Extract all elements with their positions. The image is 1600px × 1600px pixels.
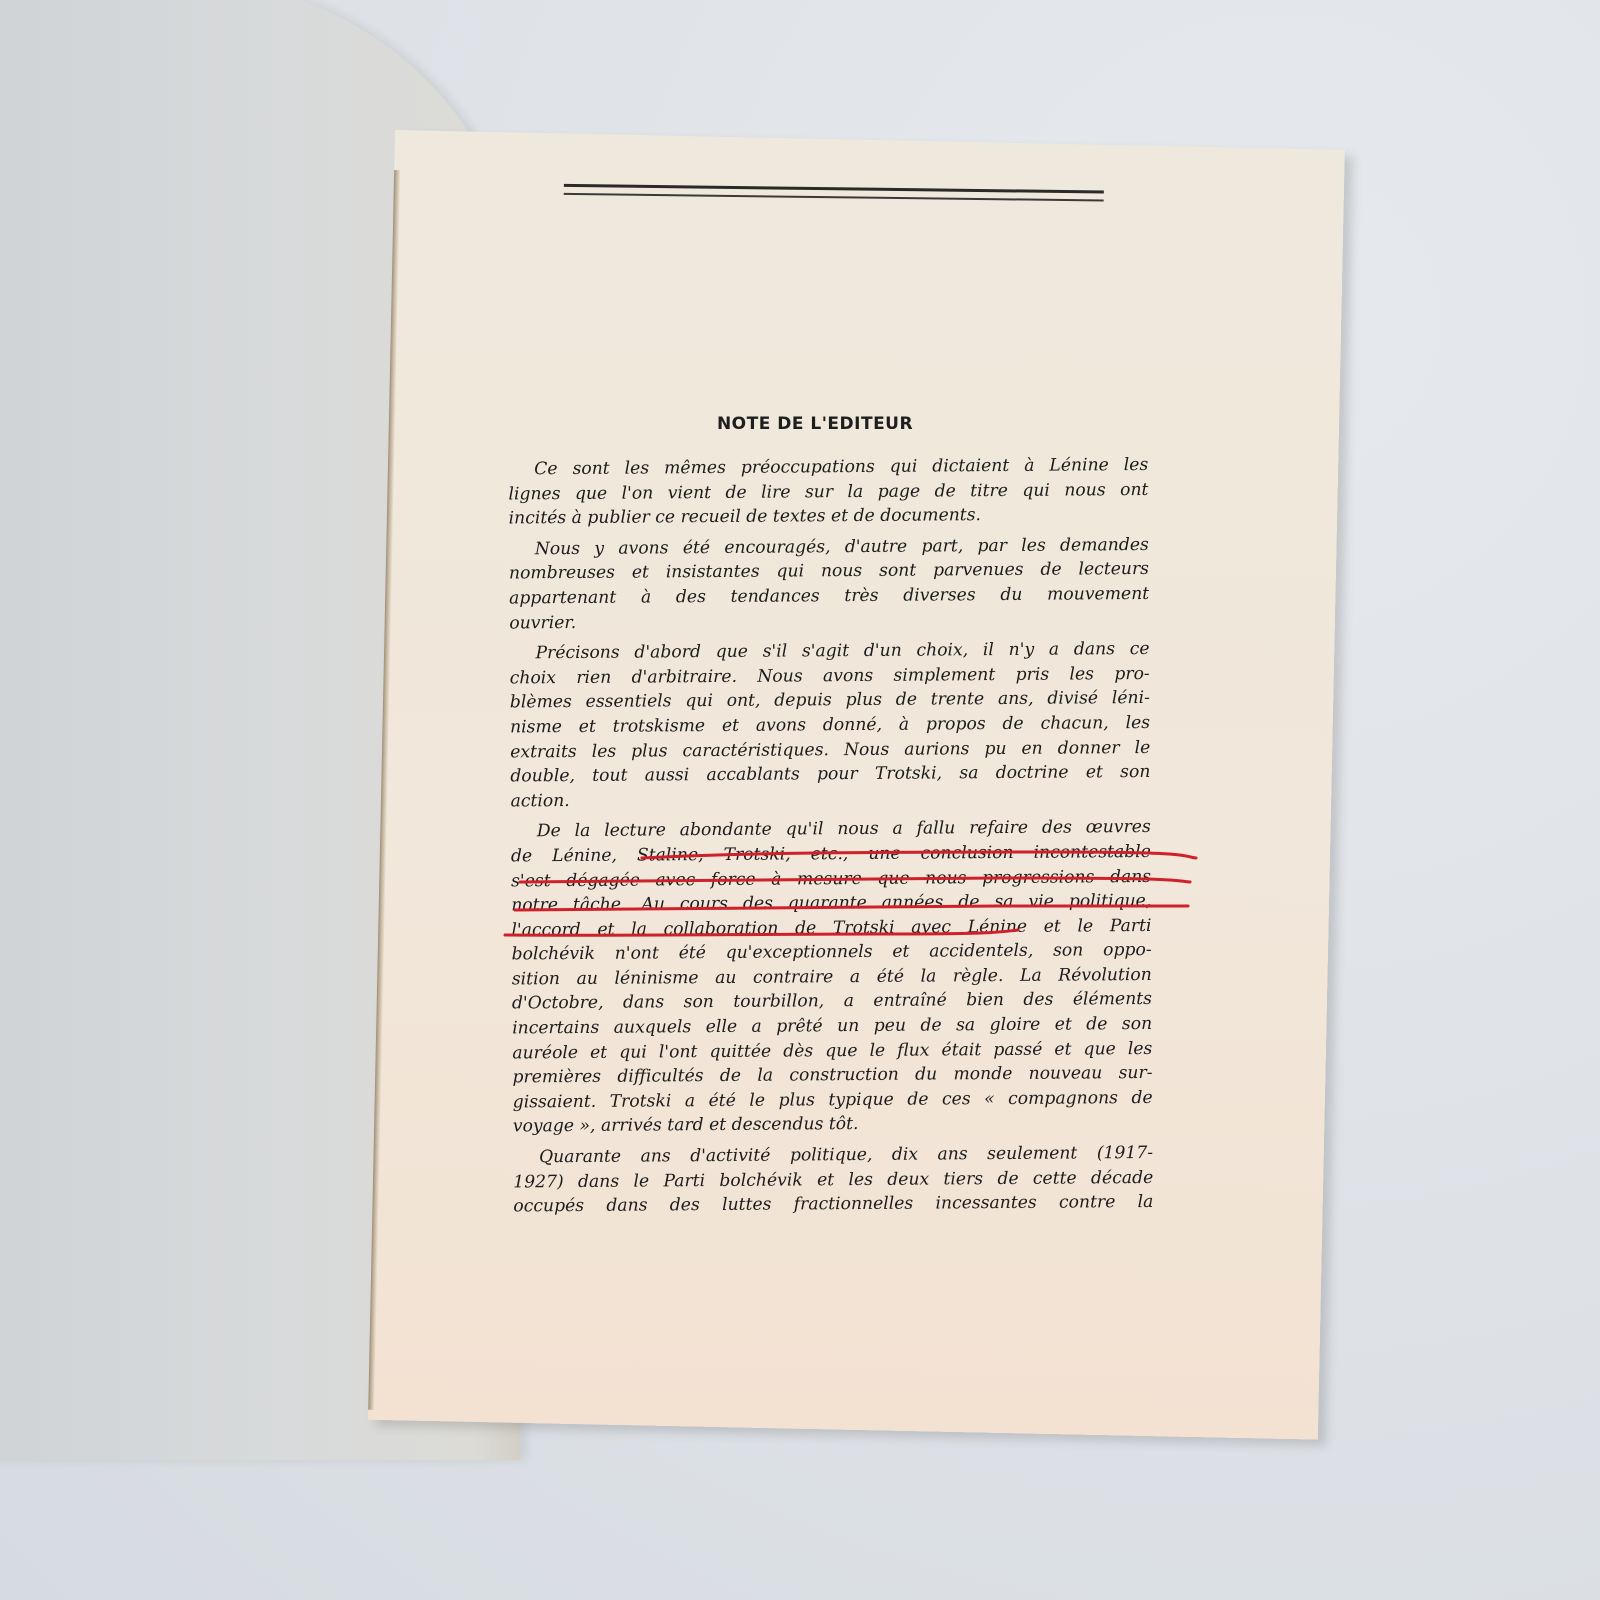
paragraph-1: Ce sont les mêmes préoccupations qui dic… bbox=[508, 453, 1148, 531]
book-page: NOTE DE L'EDITEUR Ce sont les mêmes préo… bbox=[368, 130, 1355, 1450]
paragraph-3: Précisons d'abord que s'il s'agit d'un c… bbox=[509, 637, 1150, 814]
text-line: nisme et trotskisme et avons donné, à pr… bbox=[510, 711, 1150, 740]
text-line: incités à publier ce recueil de textes e… bbox=[509, 502, 1149, 531]
paragraph-2: Nous y avons été encouragés, d'autre par… bbox=[509, 533, 1150, 636]
page-body: Ce sont les mêmes préoccupations qui dic… bbox=[508, 453, 1153, 1225]
text-line: double, tout aussi accablants pour Trots… bbox=[510, 760, 1150, 789]
text-line: gissaient. Trotski a été le plus typique… bbox=[513, 1086, 1153, 1115]
paragraph-5: Quarante ans d'activité politique, dix a… bbox=[513, 1141, 1153, 1219]
text-line: lignes que l'on vient de lire sur la pag… bbox=[508, 478, 1148, 507]
text-line: occupés dans des luttes fractionnelles i… bbox=[513, 1190, 1153, 1219]
text-line: voyage », arrivés tard et descendus tôt. bbox=[513, 1110, 1153, 1139]
text-line: ouvrier. bbox=[509, 607, 1149, 636]
text-line: action. bbox=[510, 785, 1150, 814]
text-line: appartenant à des tendances très diverse… bbox=[509, 582, 1149, 611]
text-line: de Lénine, Staline, Trotski, etc., une c… bbox=[511, 840, 1151, 869]
page-title: NOTE DE L'EDITEUR bbox=[717, 414, 913, 434]
paragraph-4: De la lecture abondante qu'il nous a fal… bbox=[511, 815, 1153, 1139]
